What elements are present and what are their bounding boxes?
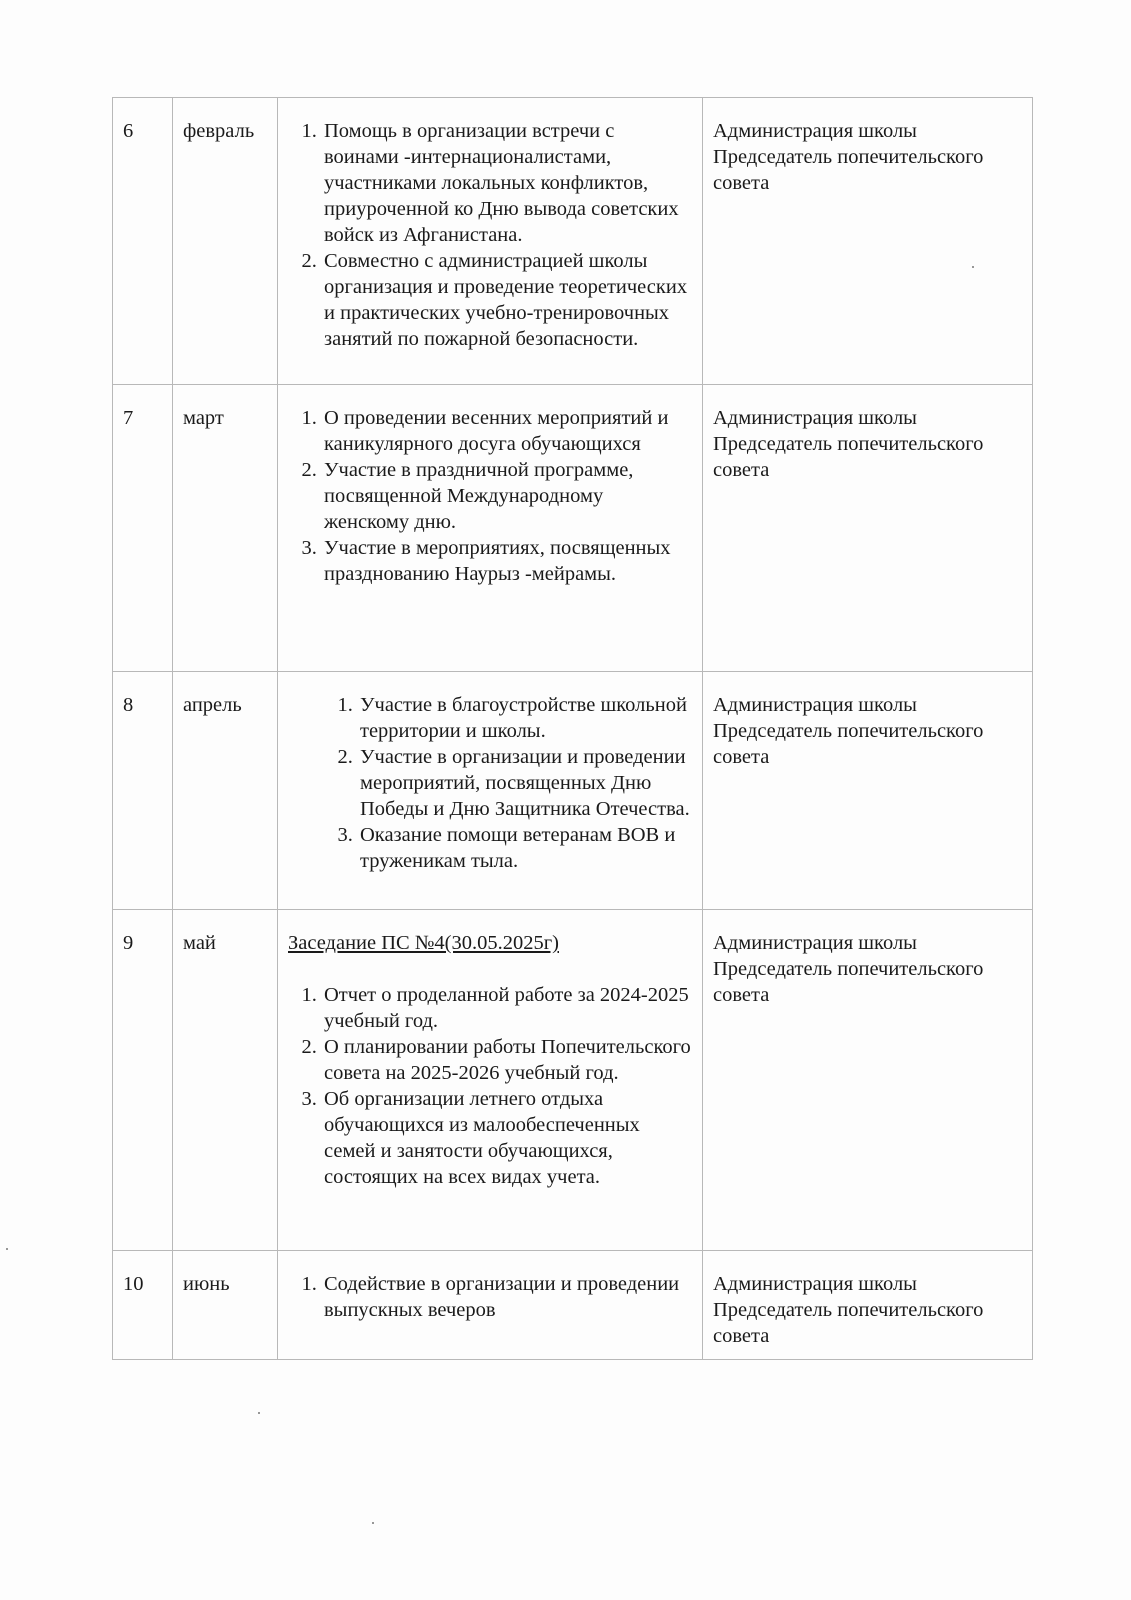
scan-speck bbox=[972, 266, 974, 268]
responsible-cell: Администрация школы Председатель попечит… bbox=[703, 385, 1033, 672]
responsible-line: Председатель попечительского совета bbox=[713, 718, 1022, 770]
responsible-line: Председатель попечительского совета bbox=[713, 1297, 1022, 1349]
responsible-line: Администрация школы bbox=[713, 405, 1022, 431]
responsible-cell: Администрация школы Председатель попечит… bbox=[703, 672, 1033, 910]
row-number: 9 bbox=[113, 910, 173, 1251]
table-row: 6 февраль Помощь в организации встречи с… bbox=[113, 98, 1033, 385]
tasks-cell: Участие в благоустройстве школьной терри… bbox=[278, 672, 703, 910]
table-row: 8 апрель Участие в благоустройстве школь… bbox=[113, 672, 1033, 910]
responsible-line: Администрация школы bbox=[713, 930, 1022, 956]
plan-table-body: 6 февраль Помощь в организации встречи с… bbox=[113, 98, 1033, 1360]
row-number: 8 bbox=[113, 672, 173, 910]
tasks-cell: Помощь в организации встречи с воинами -… bbox=[278, 98, 703, 385]
task-item: Участие в организации и проведении мероп… bbox=[358, 744, 692, 822]
task-item: Отчет о проделанной работе за 2024-2025 … bbox=[322, 982, 692, 1034]
row-number: 6 bbox=[113, 98, 173, 385]
month-cell: май bbox=[173, 910, 278, 1251]
tasks-cell: Содействие в организации и проведении вы… bbox=[278, 1251, 703, 1360]
table-row: 7 март О проведении весенних мероприятий… bbox=[113, 385, 1033, 672]
scan-speck bbox=[258, 1412, 260, 1414]
board-work-plan-table: 6 февраль Помощь в организации встречи с… bbox=[112, 97, 1033, 1360]
tasks-cell: О проведении весенних мероприятий и кани… bbox=[278, 385, 703, 672]
task-item: Помощь в организации встречи с воинами -… bbox=[322, 118, 692, 248]
row-number: 7 bbox=[113, 385, 173, 672]
table-row: 10 июнь Содействие в организации и прове… bbox=[113, 1251, 1033, 1360]
task-item: Совместно с администрацией школы организ… bbox=[322, 248, 692, 352]
task-list: Содействие в организации и проведении вы… bbox=[288, 1271, 692, 1323]
responsible-line: Председатель попечительского совета bbox=[713, 956, 1022, 1008]
task-item: Участие в праздничной программе, посвяще… bbox=[322, 457, 692, 535]
task-item: Об организации летнего отдыха обучающихс… bbox=[322, 1086, 692, 1190]
responsible-line: Администрация школы bbox=[713, 692, 1022, 718]
responsible-cell: Администрация школы Председатель попечит… bbox=[703, 1251, 1033, 1360]
responsible-line: Администрация школы bbox=[713, 1271, 1022, 1297]
responsible-line: Председатель попечительского совета bbox=[713, 144, 1022, 196]
month-cell: февраль bbox=[173, 98, 278, 385]
task-item: Содействие в организации и проведении вы… bbox=[322, 1271, 692, 1323]
task-list: О проведении весенних мероприятий и кани… bbox=[288, 405, 692, 587]
tasks-cell: Заседание ПС №4(30.05.2025г) Отчет о про… bbox=[278, 910, 703, 1251]
meeting-title: Заседание ПС №4(30.05.2025г) bbox=[288, 930, 692, 956]
responsible-cell: Администрация школы Председатель попечит… bbox=[703, 910, 1033, 1251]
task-item: Оказание помощи ветеранам ВОВ и труженик… bbox=[358, 822, 692, 874]
month-cell: апрель bbox=[173, 672, 278, 910]
responsible-line: Администрация школы bbox=[713, 118, 1022, 144]
document-page: 6 февраль Помощь в организации встречи с… bbox=[0, 0, 1131, 1600]
task-item: Участие в мероприятиях, посвященных праз… bbox=[322, 535, 692, 587]
task-list: Участие в благоустройстве школьной терри… bbox=[288, 692, 692, 874]
task-list: Помощь в организации встречи с воинами -… bbox=[288, 118, 692, 352]
month-cell: март bbox=[173, 385, 278, 672]
responsible-cell: Администрация школы Председатель попечит… bbox=[703, 98, 1033, 385]
task-list: Отчет о проделанной работе за 2024-2025 … bbox=[288, 982, 692, 1190]
row-number: 10 bbox=[113, 1251, 173, 1360]
scan-speck bbox=[372, 1522, 374, 1524]
task-item: О планировании работы Попечительского со… bbox=[322, 1034, 692, 1086]
scan-speck bbox=[6, 1248, 8, 1250]
table-row: 9 май Заседание ПС №4(30.05.2025г) Отчет… bbox=[113, 910, 1033, 1251]
responsible-line: Председатель попечительского совета bbox=[713, 431, 1022, 483]
task-item: О проведении весенних мероприятий и кани… bbox=[322, 405, 692, 457]
month-cell: июнь bbox=[173, 1251, 278, 1360]
task-item: Участие в благоустройстве школьной терри… bbox=[358, 692, 692, 744]
